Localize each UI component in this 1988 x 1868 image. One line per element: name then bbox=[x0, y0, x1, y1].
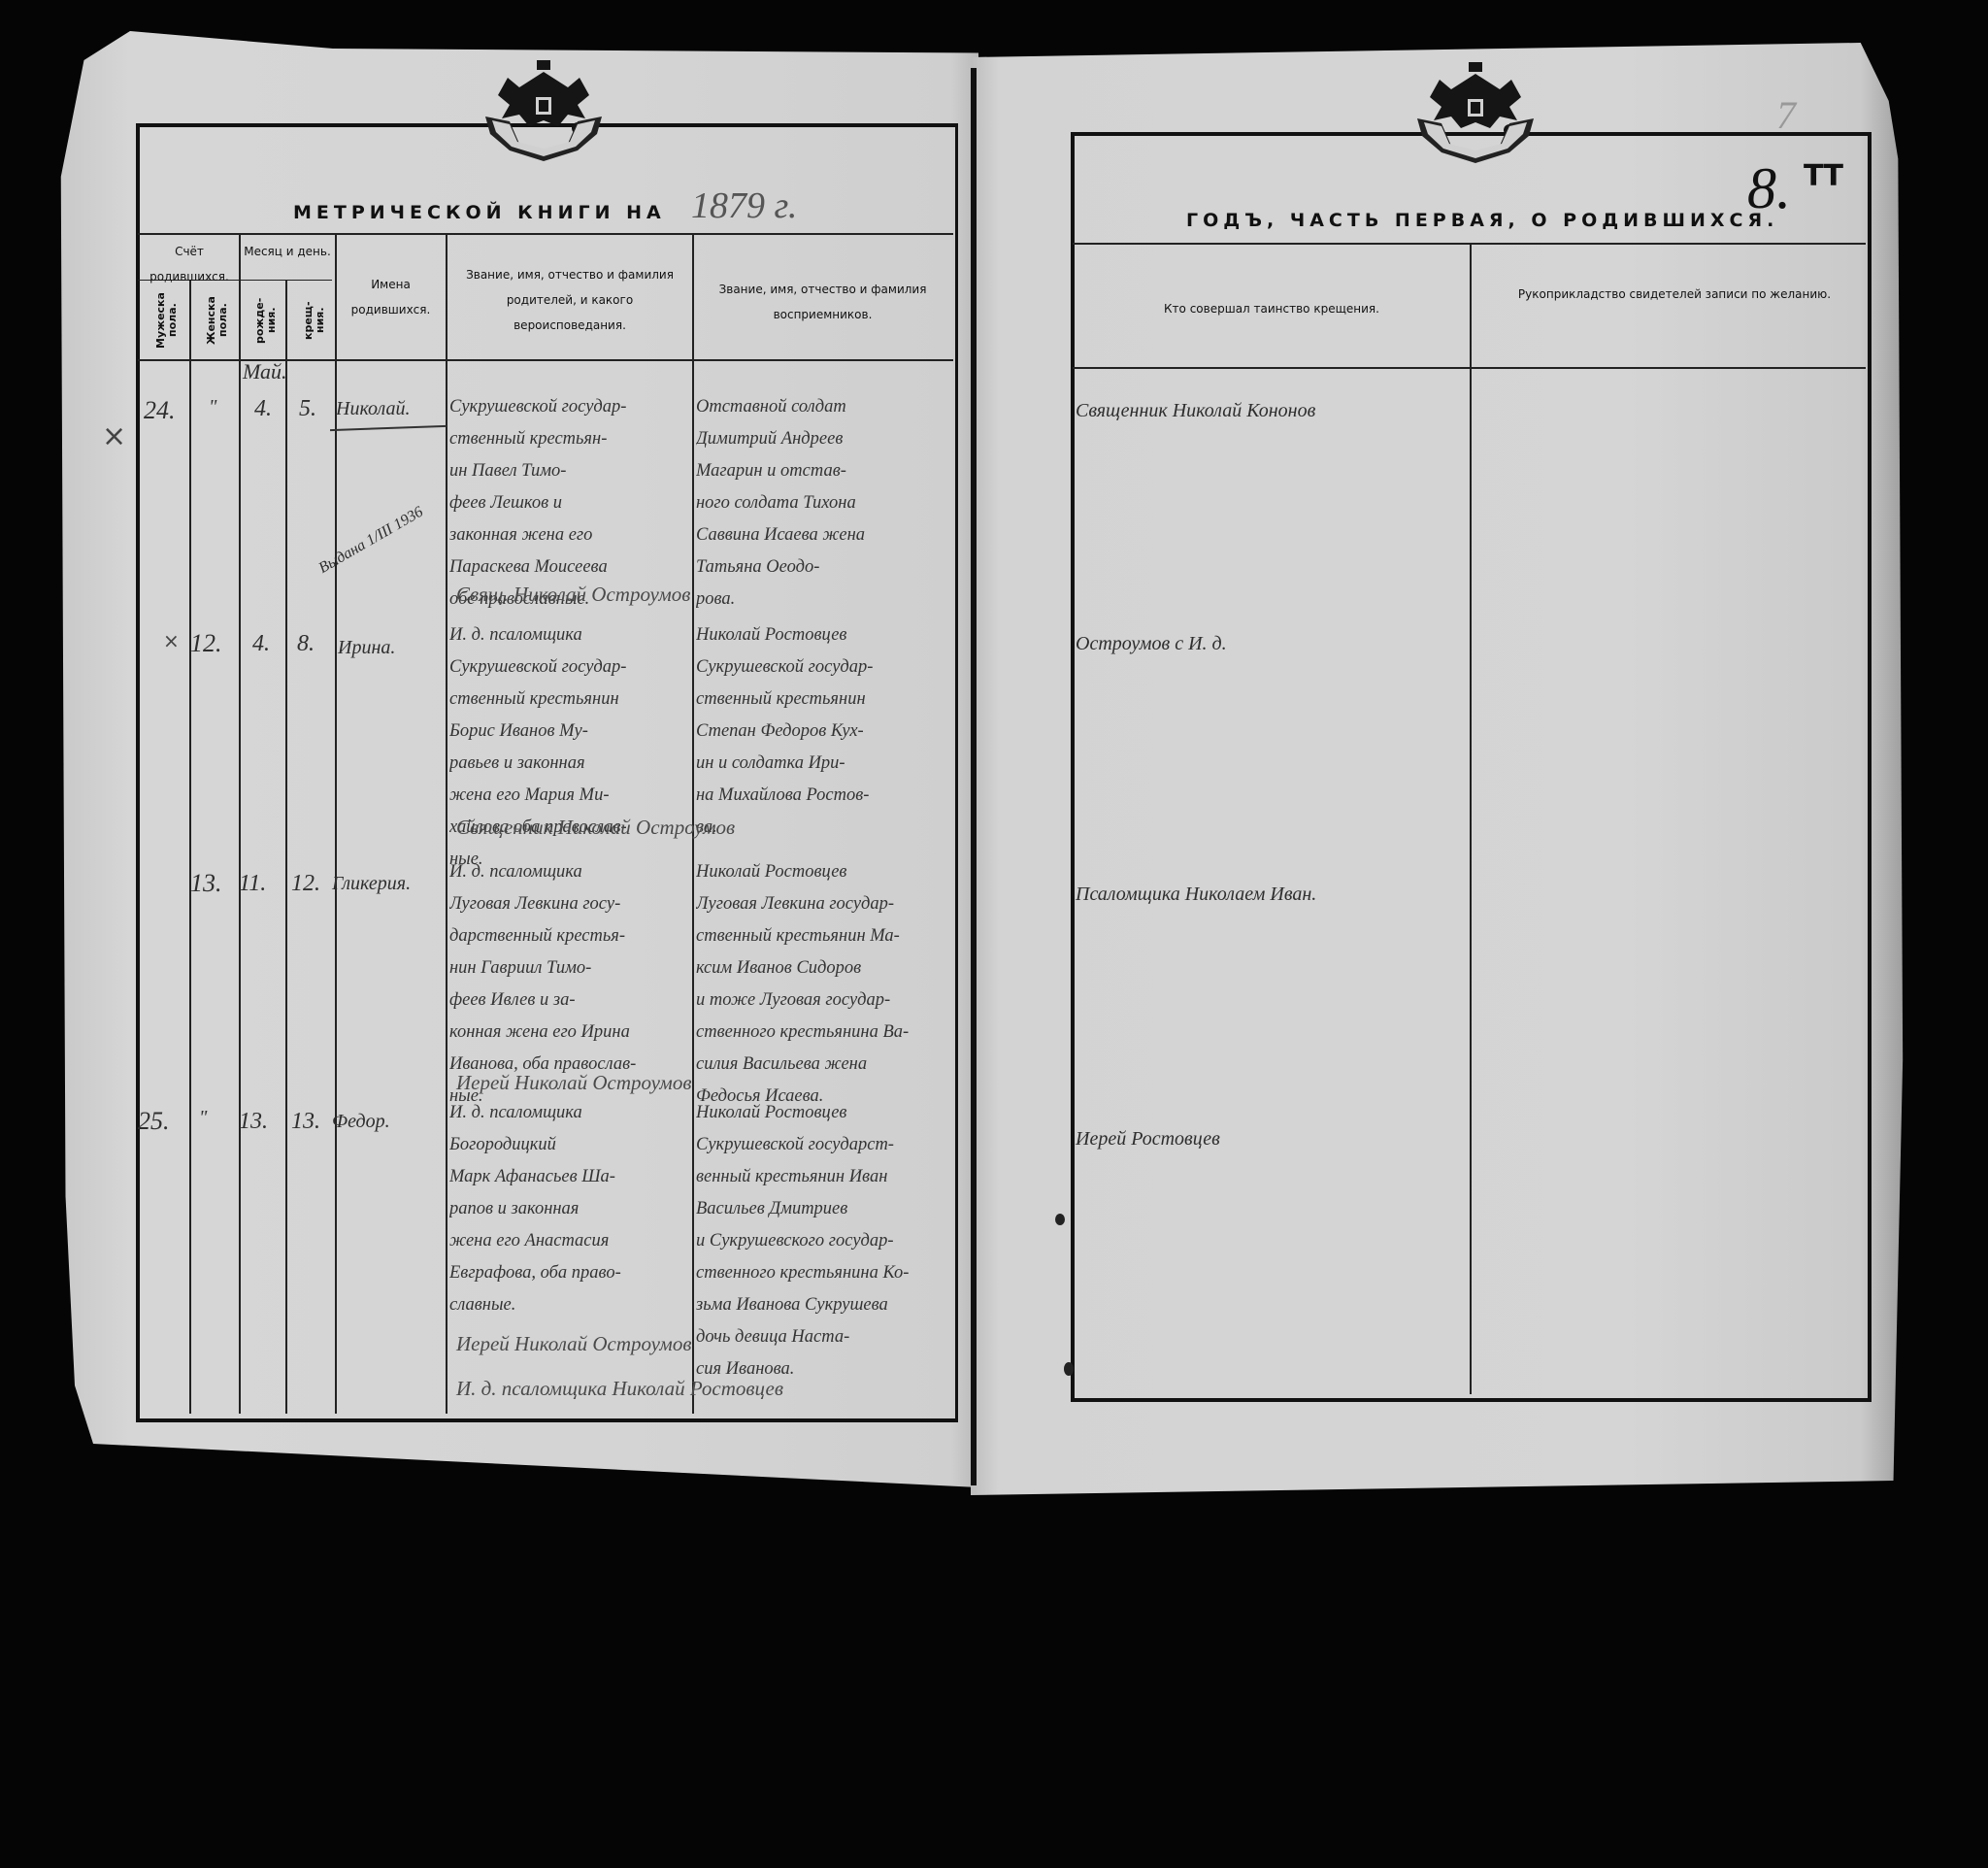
col-header-witness: Рукоприкладство свидетелей записи по жел… bbox=[1514, 282, 1835, 307]
entry-clergy-signature: Священник Николай Остроумов bbox=[456, 816, 735, 840]
header-top-rule bbox=[138, 233, 953, 235]
entry-female-number: " bbox=[209, 396, 216, 418]
entry-baptism-day: 5. bbox=[299, 396, 316, 422]
folio-faint-number: 7 bbox=[1776, 92, 1796, 138]
right-page-title: ГОДЪ, ЧАСТЬ ПЕРВАЯ, О РОДИВШИХСЯ. bbox=[1186, 210, 1778, 231]
entry-performer: Псаломщика Николаем Иван. bbox=[1076, 884, 1316, 906]
entry-performer: Остроумов с И. д. bbox=[1076, 633, 1227, 655]
entry-godparents: Николай РостовцевСукрушевской государст-… bbox=[696, 1097, 950, 1385]
entry-female-number: 12. bbox=[190, 629, 222, 658]
month-label: Май. bbox=[243, 359, 287, 384]
folio-archive-mark: ТТ bbox=[1804, 159, 1843, 193]
entry-child-name: Ирина. bbox=[338, 637, 395, 659]
entry-male-number: 25. bbox=[138, 1107, 170, 1136]
entry-baptism-day: 13. bbox=[291, 1109, 320, 1135]
ink-stain bbox=[1055, 1214, 1065, 1225]
entry-clergy-signature: Иерей Николай Остроумов bbox=[456, 1071, 691, 1095]
entry-child-name: Федор. bbox=[332, 1111, 390, 1133]
col-divider bbox=[1470, 243, 1472, 1394]
col-divider bbox=[189, 280, 191, 1414]
entry-female-number: 13. bbox=[190, 869, 222, 898]
imperial-eagle-crest-icon bbox=[1412, 60, 1539, 167]
entry-parents: И. д. псаломщикаБогородицкийМарк Афанась… bbox=[449, 1097, 692, 1321]
margin-cross-mark: × bbox=[163, 629, 180, 652]
entry-godparents: Николай РостовцевСукрушевской государ-ст… bbox=[696, 619, 950, 844]
ink-stain bbox=[1064, 1362, 1074, 1376]
col-header-birth: рожде-ния. bbox=[254, 289, 278, 351]
entry-birth-day: 13. bbox=[239, 1109, 268, 1135]
col-header-name: Имена родившихся. bbox=[340, 272, 442, 322]
entry-birth-day: 11. bbox=[239, 871, 266, 897]
entry-godparents: Отставной солдатДимитрий АндреевМагарин … bbox=[696, 391, 950, 616]
col-header-godparents: Звание, имя, отчество и фамилия восприем… bbox=[699, 277, 946, 327]
col-divider bbox=[446, 233, 447, 1414]
entry-birth-day: 4. bbox=[254, 396, 272, 422]
entry-psalmist-signature: И. д. псаломщика Николай Ростовцев bbox=[456, 1377, 783, 1401]
entry-child-name: Николай. bbox=[336, 398, 411, 420]
margin-cross-mark: × bbox=[102, 419, 126, 453]
entry-clergy-signature: Свящ. Николай Остроумов bbox=[456, 583, 690, 607]
col-header-performer: Кто совершал таинство крещения. bbox=[1082, 296, 1461, 321]
entry-male-number: 24. bbox=[144, 396, 176, 425]
entry-female-number: " bbox=[199, 1107, 207, 1129]
entry-clergy-signature: Иерей Николай Остроумов bbox=[456, 1332, 691, 1356]
entry-baptism-day: 8. bbox=[297, 631, 315, 657]
col-header-count: Счёт родившихся. bbox=[140, 239, 239, 289]
entry-performer: Иерей Ростовцев bbox=[1076, 1128, 1220, 1151]
col-divider bbox=[239, 233, 241, 1414]
col-header-male: Мужеска пола. bbox=[155, 289, 179, 351]
entry-baptism-day: 12. bbox=[291, 871, 320, 897]
col-header-baptism: крещ-ния. bbox=[303, 289, 326, 351]
left-page-title: МЕТРИЧЕСКОЙ КНИГИ НА bbox=[293, 202, 666, 223]
col-header-parents: Звание, имя, отчество и фамилия родителе… bbox=[452, 262, 687, 338]
book-gutter bbox=[971, 68, 977, 1485]
entry-godparents: Николай РостовцевЛуговая Левкина государ… bbox=[696, 856, 950, 1113]
col-header-female: Женска пола. bbox=[206, 289, 229, 351]
col-divider bbox=[285, 280, 287, 1414]
col-header-date: Месяц и день. bbox=[241, 239, 334, 264]
entry-performer: Священник Николай Кононов bbox=[1076, 400, 1315, 422]
imperial-eagle-crest-icon bbox=[480, 58, 607, 165]
entry-child-name: Гликерия. bbox=[332, 873, 411, 895]
folio-number: 8. bbox=[1747, 155, 1791, 222]
handwritten-year: 1879 г. bbox=[691, 184, 797, 227]
entry-birth-day: 4. bbox=[252, 631, 270, 657]
